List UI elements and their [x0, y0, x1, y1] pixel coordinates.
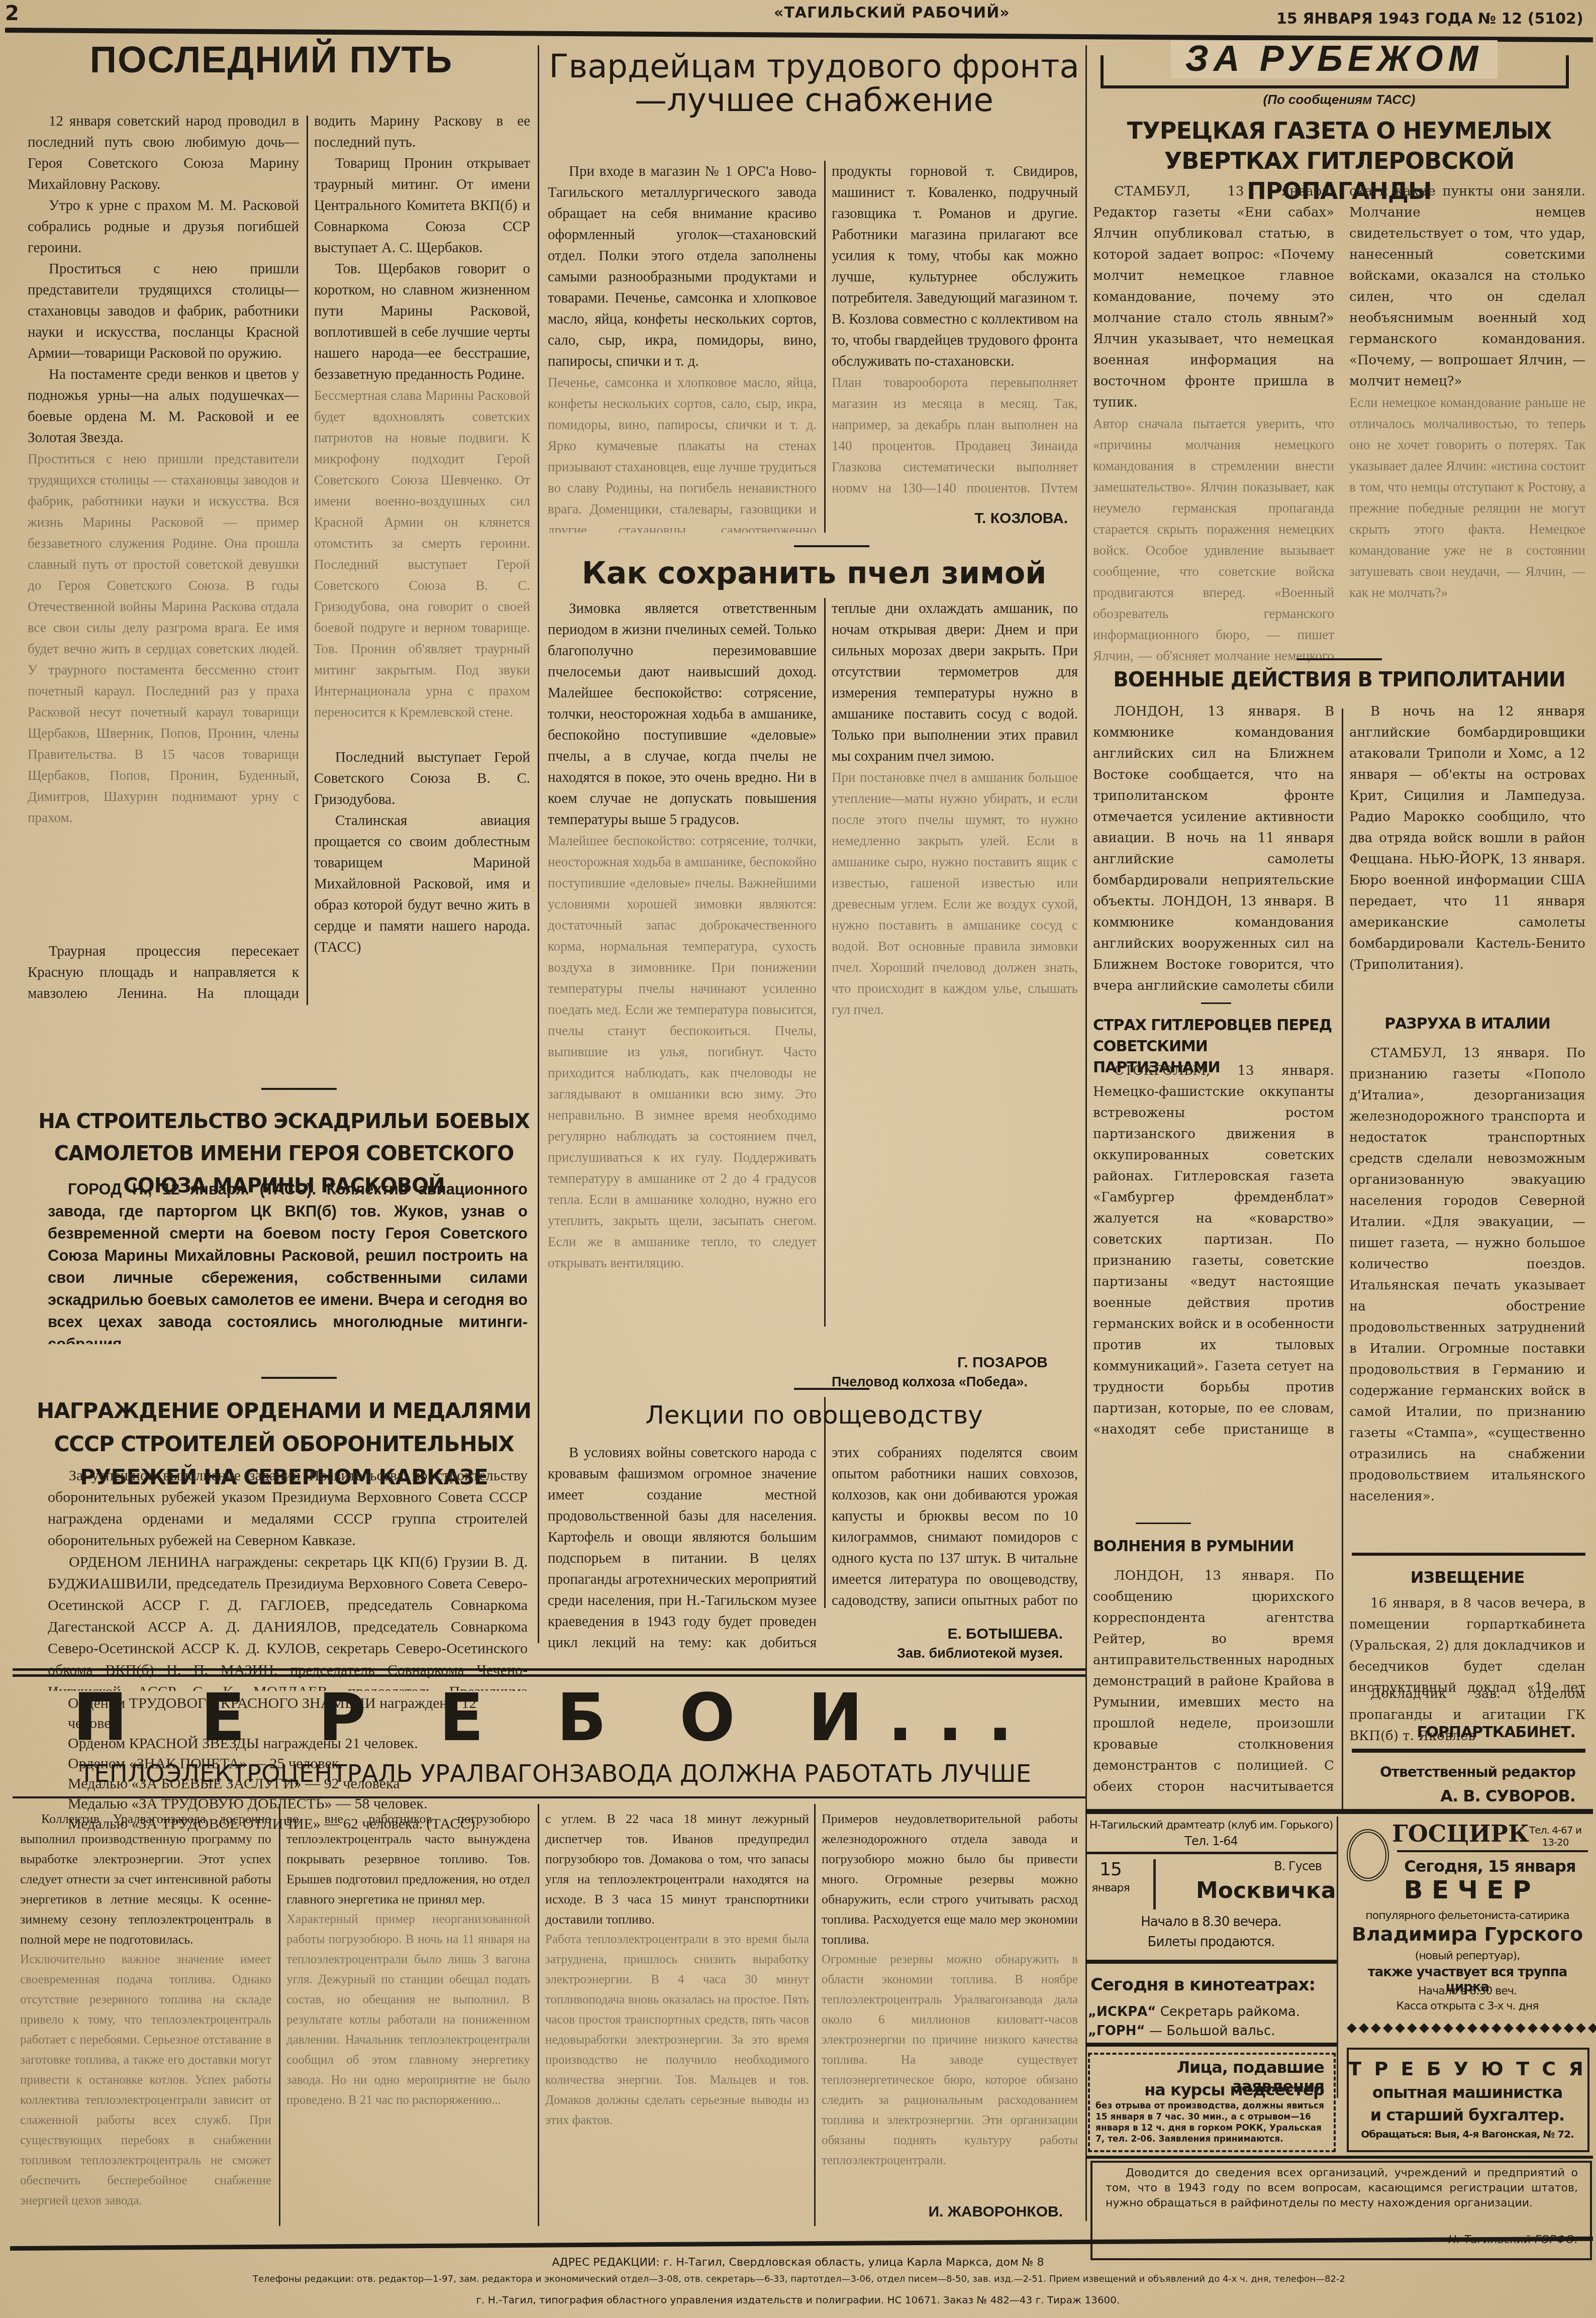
divider: [1136, 1523, 1191, 1524]
illegible-text: Проститься с нею пришли представители тр…: [28, 448, 299, 941]
double-rule: [13, 1674, 1085, 1677]
article-body-last-journey-col2: водить Марину Раскову в ее последний пут…: [314, 111, 530, 1010]
wanted-line2: и старший бухгалтер.: [1347, 2105, 1588, 2125]
article-body-pereboi-3: с углем. В 22 часа 18 минут лежурный дис…: [545, 1809, 809, 2226]
section-source: (По сообщениям ТАСС): [1095, 93, 1583, 107]
article-body-turkish-left: СТАМБУЛ, 13 января. Редактор газеты «Ени…: [1093, 181, 1334, 663]
column-divider: [1342, 1558, 1343, 1814]
paragraph: Сталинская авиация прощается со своим до…: [314, 810, 530, 958]
divider: [794, 545, 869, 547]
illegible-text: Малейшее беспокойство: сотрясение, толчк…: [548, 830, 817, 1273]
rule: [1085, 1852, 1337, 1854]
rule: [13, 1796, 1085, 1798]
footer-phones: Телефоны редакции: отв. редактор—1-97, з…: [10, 2274, 1588, 2284]
paragraph: теплые дни охлаждать амшаник, по ночам о…: [832, 598, 1078, 767]
paragraph: Товарищ Пронин открывает траурный митинг…: [314, 153, 530, 258]
circus-start: Начало в 8.30 веч.: [1347, 1985, 1588, 1997]
notice-title: ИЗВЕЩЕНИЕ: [1349, 1568, 1585, 1587]
paragraph: Последний выступает Герой Советского Сою…: [314, 747, 530, 810]
rule: [1085, 2156, 1593, 2159]
column-divider: [538, 1804, 539, 2226]
paragraph: Тов. Щербаков говорит о коротком, но сла…: [314, 258, 530, 385]
divider: [1352, 1749, 1585, 1753]
cinema-venue: „ГОРН“: [1088, 2024, 1145, 2039]
column-divider: [824, 161, 826, 533]
title-line: —лучшее снабжение: [548, 84, 1080, 118]
rule: [1085, 2043, 1337, 2047]
article-title-italy: РАЗРУХА В ИТАЛИИ: [1349, 1015, 1585, 1033]
paper-name: «ТАГИЛЬСКИЙ РАБОЧИЙ»: [774, 4, 1010, 22]
decorative-dot-rule: ◆◆◆◆◆◆◆◆◆◆◆◆◆◆◆◆◆◆◆◆◆◆◆: [1347, 2020, 1588, 2035]
article-title-tripoli: ВОЕННЫЕ ДЕЙСТВИЯ В ТРИПОЛИТАНИИ: [1095, 668, 1583, 691]
paragraph: Утро к урне с прахом М. М. Расковой собр…: [28, 195, 299, 258]
nurses-text: без отрыва от производства, должны явить…: [1095, 2100, 1324, 2146]
play-tickets: Билеты продаются.: [1085, 1935, 1337, 1950]
paragraph: Траурная процессия пересекает Красную пл…: [28, 941, 299, 1010]
paragraph: В условиях войны советского народа с кро…: [548, 1442, 817, 1653]
illegible-text: Автор сначала пытается уверить, что «при…: [1093, 413, 1334, 663]
circus-repertoire: (новый репертуар),: [1347, 1950, 1588, 1962]
article-body-pereboi-2: во вне работников погрузобюро теплоэлект…: [286, 1809, 530, 2226]
wanted-title: Т Р Е Б У Ю Т С Я: [1347, 2058, 1588, 2080]
column-divider: [1337, 1817, 1338, 2098]
paragraph: Проститься с нею пришли представители тр…: [28, 258, 299, 364]
article-title-lectures: Лекции по овощеводству: [548, 1402, 1080, 1429]
illegible-text: Бессмертная слава Марины Расковой будет …: [314, 385, 530, 747]
circus-today: Сегодня, 15 января: [1387, 1857, 1593, 1876]
page-number: 2: [5, 2, 19, 25]
paragraph: На постаменте среди венков и цветов у по…: [28, 364, 299, 448]
article-title-romania: ВОЛНЕНИЯ В РУМЫНИИ: [1093, 1538, 1334, 1555]
paragraph: во вне работников погрузобюро теплоэлект…: [286, 1809, 530, 1909]
issue-date: 15 ЯНВАРЯ 1943 ГОДА № 12 (5102): [1276, 10, 1583, 28]
paragraph: Коллектив Уралвагонзавода досрочно выпол…: [20, 1809, 271, 1950]
editor-name: А. В. СУВОРОВ.: [1349, 1786, 1575, 1805]
article-title-bees: Как сохранить пчел зимой: [548, 558, 1080, 589]
article-subtitle-pereboi: ТЕПЛОЭЛЕКТРОЦЕНТРАЛЬ УРАЛВАГОНЗАВОДА ДОЛ…: [30, 1761, 1080, 1786]
newspaper-page: 2 «ТАГИЛЬСКИЙ РАБОЧИЙ» 15 ЯНВАРЯ 1943 ГО…: [0, 0, 1596, 2318]
cinema-title: Сегодня в кинотеатрах:: [1090, 1975, 1332, 1995]
divider: [261, 1377, 337, 1379]
cinema-film: Секретарь райкома.: [1160, 2004, 1300, 2020]
vertical-bar: [1153, 1859, 1156, 1909]
paragraph: СТАМБУЛ, 13 января. По признанию газеты …: [1349, 1043, 1585, 1507]
circus-artist: Владимира Гурского: [1347, 1925, 1588, 1945]
footer-address: АДРЕС РЕДАКЦИИ: г. Н-Тагил, Свердловская…: [0, 2256, 1596, 2269]
divider: [261, 1088, 337, 1090]
article-body-pereboi-1: Коллектив Уралвагонзавода досрочно выпол…: [20, 1809, 271, 2226]
circus-desc: популярного фельетониста-сатирика: [1347, 1909, 1588, 1922]
illegible-text: При постановке пчел в амшаник большое ут…: [832, 767, 1078, 1020]
cinema-row: „ИСКРА“ Секретарь райкома.: [1088, 2002, 1334, 2022]
article-body-turkish-right: ска и какие пункты они заняли. Молчание …: [1349, 181, 1585, 663]
footer-printer: г. Н.-Тагил, типография областного управ…: [0, 2294, 1596, 2306]
circus-logo-icon: [1347, 1829, 1389, 1881]
illegible-text: Огромные резервы можно обнаружить в обла…: [822, 1950, 1078, 2171]
circus-phone: Тел. 4-67 и 13-20: [1523, 1824, 1588, 1848]
notice-signature: ГОРПАРТКАБИНЕТ.: [1349, 1724, 1575, 1741]
play-author: В. Гусев: [1171, 1859, 1322, 1873]
illegible-text: Работа теплоэлектроцентрали в это время …: [545, 1930, 809, 2131]
article-body-pereboi-4: Примеров неудовлетворительной работы жел…: [822, 1809, 1078, 2201]
circus-event: В Е Ч Е Р: [1347, 1877, 1588, 1903]
column-divider: [279, 1804, 280, 2226]
cinema-row: „ГОРН“ — Большой вальс.: [1088, 2022, 1334, 2041]
column-divider: [538, 45, 539, 1643]
article-body-supply-right: продукты горновой т. Свидиров, машинист …: [832, 161, 1078, 492]
byline-supply: Т. КОЗЛОВА.: [832, 510, 1068, 527]
illegible-text: Если немецкое командование раньше не отл…: [1349, 392, 1585, 603]
section-title-abroad: ЗА РУБЕЖОМ: [1171, 40, 1498, 78]
cinema-film: — Большой вальс.: [1149, 2024, 1275, 2039]
column-divider: [1085, 45, 1087, 2221]
illegible-text: Печенье, самсонка и хлопковое масло, яйц…: [548, 372, 817, 533]
divider: [1296, 658, 1382, 660]
article-body-tripoli-right: В ночь на 12 января английские бомбардир…: [1349, 701, 1585, 997]
theatre-phone: Тел. 1-64: [1085, 1834, 1337, 1848]
paragraph: ЛОНДОН, 13 января. По сообщению цюрихско…: [1093, 1565, 1334, 1801]
paragraph: СТОКГОЛЬМ, 13 января. Немецко-фашистские…: [1093, 1060, 1334, 1447]
article-body-lectures-right: этих собраниях поделятся своим опытом ра…: [832, 1442, 1078, 1608]
paragraph: ска и какие пункты они заняли. Молчание …: [1349, 181, 1585, 392]
play-start: Начало в 8.30 вечера.: [1085, 1914, 1337, 1930]
paragraph: 16 января, в 8 часов вечера, в помещении…: [1349, 1593, 1585, 1698]
circus-name: ГОСЦИРК: [1392, 1822, 1513, 1846]
theatre-name: Н-Тагильский драмтеатр (клуб им. Горьког…: [1085, 1819, 1337, 1832]
gorfo-text: Доводится до сведения всех организаций, …: [1106, 2166, 1578, 2211]
paragraph: За успешное выполнение заданий Правитель…: [48, 1465, 528, 1551]
paragraph: При входе в магазин № 1 ОРС'а Ново-Тагил…: [548, 161, 817, 372]
theatre-date-day: 15: [1090, 1859, 1131, 1880]
article-body-bees-right: теплые дни охлаждать амшаник, по ночам о…: [832, 598, 1078, 1337]
editor-label: Ответственный редактор: [1349, 1764, 1575, 1780]
wanted-contact: Обращаться: Выя, 4-я Вагонская, № 72.: [1352, 2128, 1583, 2140]
double-rule: [13, 1668, 1085, 1671]
illegible-text: Характерный пример неорганизованной рабо…: [286, 1909, 530, 2110]
column-divider: [1342, 709, 1343, 1563]
paragraph: этих собраниях поделятся своим опытом ра…: [832, 1442, 1078, 1608]
illegible-text: План товарооборота перевыполняет магазин…: [832, 372, 1078, 492]
theatre-date-month: января: [1085, 1882, 1136, 1894]
rule: [1085, 1960, 1337, 1964]
byline-lectures-sub: Зав. библиотекой музея.: [832, 1646, 1063, 1661]
paragraph: СТАМБУЛ, 13 января. Редактор газеты «Ени…: [1093, 181, 1334, 413]
nurses-title-2: на курсы медсестер: [1095, 2080, 1324, 2099]
cinema-list: „ИСКРА“ Секретарь райкома. „ГОРН“ — Боль…: [1088, 2002, 1334, 2041]
play-title: Москвичка: [1196, 1879, 1332, 1902]
paragraph: Примеров неудовлетворительной работы жел…: [822, 1809, 1078, 1950]
article-title-supply: Гвардейцам трудового фронта —лучшее снаб…: [548, 50, 1080, 118]
paragraph: ЛОНДОН, 13 января. В коммюнике командова…: [1093, 701, 1334, 997]
paragraph: В ночь на 12 января английские бомбардир…: [1349, 701, 1585, 975]
paragraph: с углем. В 22 часа 18 минут лежурный дис…: [545, 1809, 809, 1930]
byline-pereboi: И. ЖАВОРОНКОВ.: [822, 2203, 1063, 2221]
article-title-last-journey: ПОСЛЕДНИЙ ПУТЬ: [65, 40, 477, 79]
article-body-lectures-left: В условиях войны советского народа с кро…: [548, 1442, 817, 1653]
paragraph: 12 января советский народ проводил в пос…: [28, 111, 299, 195]
column-divider: [824, 598, 826, 1327]
rule: [1397, 1850, 1588, 1852]
illegible-text: Исключительно важное значение имеет свое…: [20, 1950, 271, 2211]
paragraph: водить Марину Раскову в ее последний пут…: [314, 111, 530, 153]
divider: [794, 1388, 869, 1390]
article-body-awards: За успешное выполнение заданий Правитель…: [48, 1465, 528, 1691]
column-divider: [814, 1804, 816, 2226]
title-line: Гвардейцам трудового фронта: [548, 50, 1080, 84]
article-body-last-journey: 12 января советский народ проводил в пос…: [28, 111, 299, 1010]
byline-lectures: Е. БОТЫШЕВА.: [832, 1626, 1063, 1643]
article-body-italy: СТАМБУЛ, 13 января. По признанию газеты …: [1349, 1043, 1585, 1550]
article-body-partisans: СТОКГОЛЬМ, 13 января. Немецко-фашистские…: [1093, 1060, 1334, 1447]
article-body-romania: ЛОНДОН, 13 января. По сообщению цюрихско…: [1093, 1565, 1334, 1801]
article-body-tripoli-left: ЛОНДОН, 13 января. В коммюнике командова…: [1093, 701, 1334, 997]
byline-bees: Г. ПОЗАРОВ: [832, 1354, 1048, 1371]
paragraph: ГОРОД Н., 12 января. (ТАСС). Коллектив а…: [48, 1178, 528, 1344]
wanted-line1: опытная машинистка: [1347, 2083, 1588, 2102]
cinema-venue: „ИСКРА“: [1088, 2004, 1156, 2020]
circus-box-office: Касса открыта с 3-х ч. дня: [1347, 2000, 1588, 2012]
article-title-pereboi: П Е Р Е Б О И...: [30, 1683, 1080, 1752]
paragraph: Зимовка является ответственным периодом …: [548, 598, 817, 830]
rule: [1085, 1809, 1593, 1814]
article-body-supply-left: При входе в магазин № 1 ОРС'а Ново-Тагил…: [548, 161, 817, 533]
divider: [1352, 1553, 1585, 1556]
notice-body: 16 января, в 8 часов вечера, в помещении…: [1349, 1593, 1585, 1698]
divider: [1201, 1002, 1231, 1004]
article-body-bees-left: Зимовка является ответственным периодом …: [548, 598, 817, 1384]
article-body-squadron: ГОРОД Н., 12 января. (ТАСС). Коллектив а…: [48, 1178, 528, 1344]
column-divider: [307, 116, 308, 1005]
paragraph: продукты горновой т. Свидиров, машинист …: [832, 161, 1078, 372]
